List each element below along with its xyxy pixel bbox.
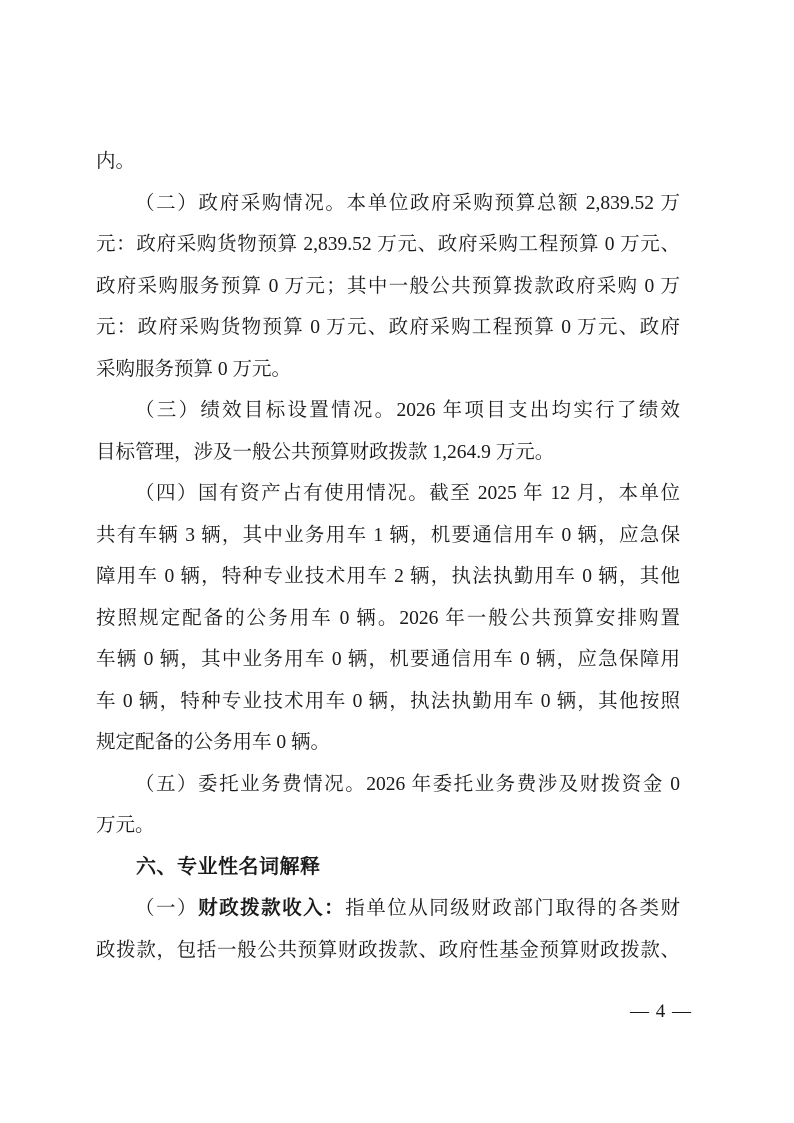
text-line: 元：政府采购货物预算 2,839.52 万元、政府采购工程预算 0 万元、 bbox=[96, 224, 680, 266]
text-line: （二）政府采购情况。本单位政府采购预算总额 2,839.52 万 bbox=[96, 183, 680, 225]
text-line: 共有车辆 3 辆，其中业务用车 1 辆，机要通信用车 0 辆，应急保 bbox=[96, 515, 680, 557]
document-body: 内。 （二）政府采购情况。本单位政府采购预算总额 2,839.52 万 元：政府… bbox=[96, 141, 680, 971]
text-line: 采购服务预算 0 万元。 bbox=[96, 349, 680, 391]
text-line: （四）国有资产占有使用情况。截至 2025 年 12 月，本单位 bbox=[96, 473, 680, 515]
text-line: 障用车 0 辆，特种专业技术用车 2 辆，执法执勤用车 0 辆，其他 bbox=[96, 556, 680, 598]
line-text: 指单位从同级财政部门取得的各类财 bbox=[345, 898, 680, 919]
text-line: 按照规定配备的公务用车 0 辆。2026 年一般公共预算安排购置 bbox=[96, 598, 680, 640]
text-line: 政府采购服务预算 0 万元；其中一般公共预算拨款政府采购 0 万 bbox=[96, 266, 680, 308]
section-heading-line: 六、专业性名词解释 bbox=[96, 847, 680, 889]
text-line: 车辆 0 辆，其中业务用车 0 辆，机要通信用车 0 辆，应急保障用 bbox=[96, 639, 680, 681]
text-line: （五）委托业务费情况。2026 年委托业务费涉及财拨资金 0 bbox=[96, 764, 680, 806]
text-line: 规定配备的公务用车 0 辆。 bbox=[96, 722, 680, 764]
text-line: 万元。 bbox=[96, 805, 680, 847]
text-line: 目标管理，涉及一般公共预算财政拨款 1,264.9 万元。 bbox=[96, 432, 680, 474]
text-line: 元：政府采购货物预算 0 万元、政府采购工程预算 0 万元、政府 bbox=[96, 307, 680, 349]
text-line: （一）财政拨款收入：指单位从同级财政部门取得的各类财 bbox=[96, 888, 680, 930]
text-line: 内。 bbox=[96, 141, 680, 183]
text-line: 车 0 辆，特种专业技术用车 0 辆，执法执勤用车 0 辆，其他按照 bbox=[96, 681, 680, 723]
term-name: 财政拨款收入： bbox=[198, 898, 345, 919]
text-line: （三）绩效目标设置情况。2026 年项目支出均实行了绩效 bbox=[96, 390, 680, 432]
document-page: 内。 （二）政府采购情况。本单位政府采购预算总额 2,839.52 万 元：政府… bbox=[0, 0, 794, 1123]
page-number: — 4 — bbox=[96, 1000, 692, 1024]
text-line: 政拨款，包括一般公共预算财政拨款、政府性基金预算财政拨款、 bbox=[96, 930, 680, 972]
list-marker: （一） bbox=[135, 898, 198, 919]
